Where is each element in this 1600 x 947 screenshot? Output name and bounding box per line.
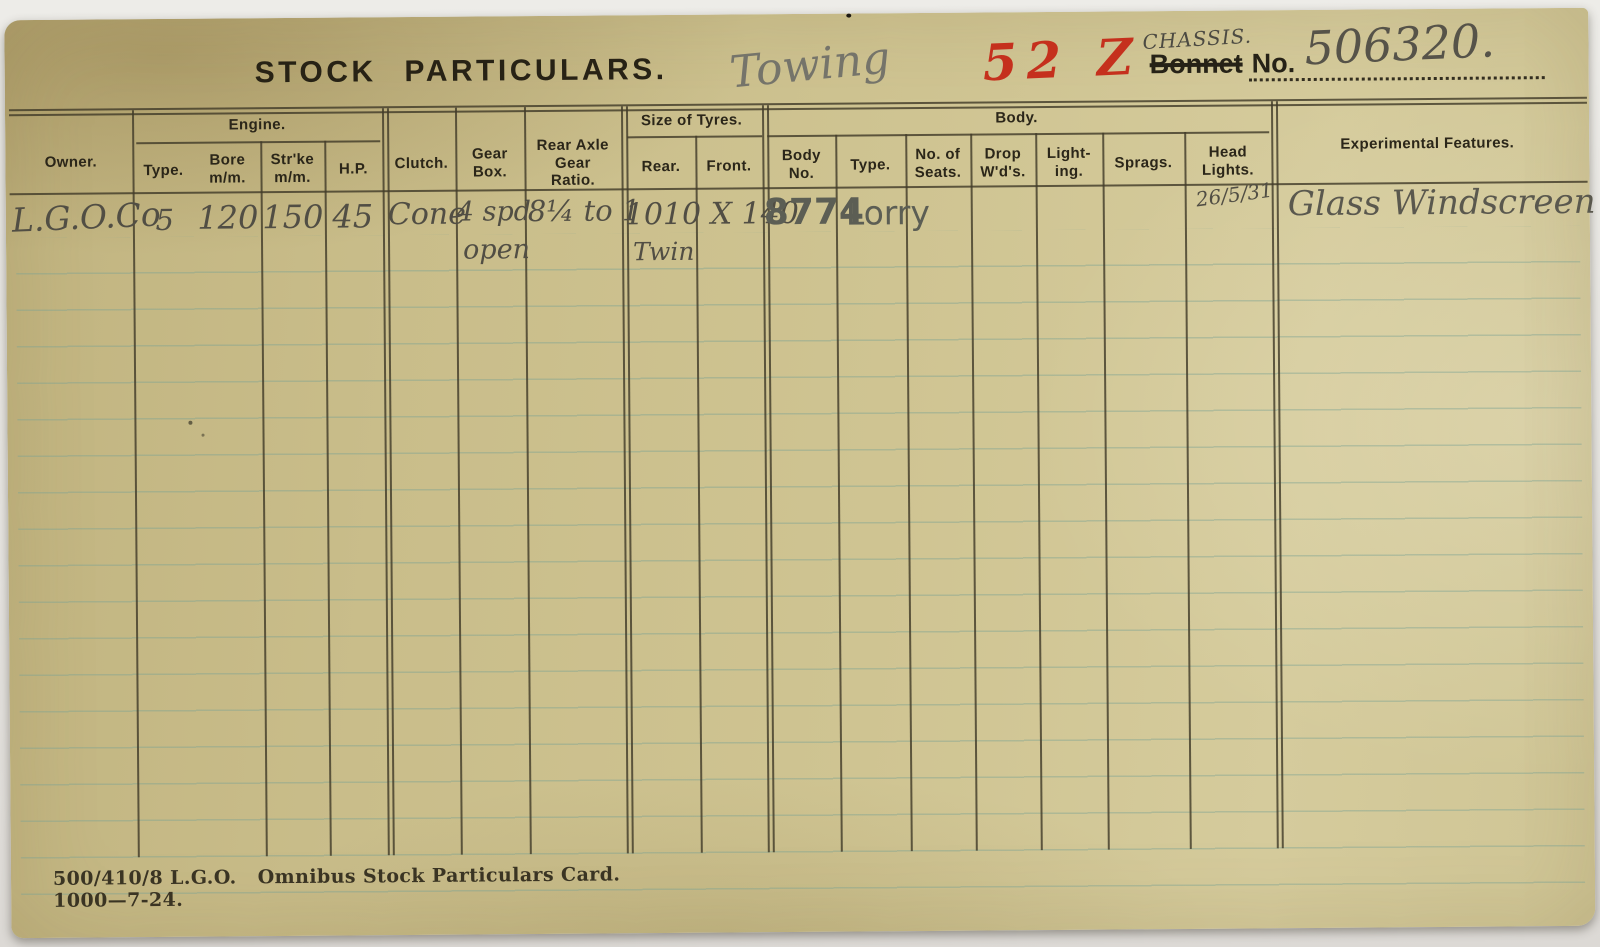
- value-gearbox-line1: 4 spd: [457, 196, 531, 228]
- header-ratio: Rear AxleGearRatio.: [524, 136, 621, 189]
- footer-imprint-line2: 1000—7-24.: [53, 889, 183, 912]
- header-owner: Owner.: [9, 153, 132, 171]
- ink-speck: [846, 14, 851, 18]
- stock-class-annotation: 52 Z: [981, 27, 1143, 93]
- col-line-lighting: [1102, 133, 1109, 850]
- header-drop-windows: DropW'd's.: [970, 145, 1035, 181]
- col-line-bore: [260, 141, 267, 856]
- header-lighting: Light-ing.: [1035, 145, 1102, 181]
- header-headlights: HeadLights.: [1184, 143, 1271, 179]
- header-bore: Borem/m.: [194, 151, 260, 187]
- ink-speck: [202, 434, 205, 437]
- col-line-bodyno: [835, 135, 842, 852]
- header-body-type: Type.: [835, 156, 905, 174]
- value-engine-type: 5: [135, 203, 195, 237]
- col-line-drop: [1035, 133, 1042, 850]
- header-stroke: Str'kem/m.: [260, 151, 324, 187]
- value-experimental: Glass Windscreen: [1288, 182, 1596, 224]
- bonnet-word-struck: Bonnet: [1150, 49, 1243, 80]
- header-tyre-front: Front.: [695, 157, 762, 175]
- header-engine-type: Type.: [132, 162, 194, 180]
- value-bore: 120: [195, 198, 261, 237]
- card-content: STOCK PARTICULARS. Towing 52 Z CHASSIS. …: [0, 0, 1600, 947]
- header-experimental: Experimental Features.: [1277, 134, 1577, 154]
- col-line-stroke: [324, 141, 331, 856]
- card-title: STOCK PARTICULARS.: [255, 53, 668, 90]
- header-engine-group: Engine.: [132, 115, 382, 134]
- bonnet-no-label: BonnetNo.: [1150, 48, 1296, 80]
- header-gearbox: GearBox.: [455, 145, 524, 181]
- header-hp: H.P.: [324, 160, 382, 178]
- col-line-rear: [695, 136, 702, 853]
- ink-speck: [188, 421, 192, 425]
- col-line-bodytype: [905, 134, 912, 851]
- body-group-underline: [767, 131, 1269, 136]
- col-line-sprags: [1184, 132, 1191, 849]
- col-line-seats: [970, 134, 977, 851]
- header-tyre-rear: Rear.: [626, 158, 695, 176]
- header-clutch: Clutch.: [387, 155, 455, 173]
- header-seats: No. ofSeats.: [905, 146, 970, 182]
- value-headlights-date: 26/5/31: [1194, 178, 1274, 212]
- photo-background: STOCK PARTICULARS. Towing 52 Z CHASSIS. …: [0, 0, 1600, 947]
- engine-group-underline: [136, 140, 380, 143]
- footer-imprint-line1: 500/410/8 L.G.O. Omnibus Stock Particula…: [53, 863, 621, 889]
- value-clutch: Cone: [388, 197, 466, 233]
- header-sprags: Sprags.: [1102, 154, 1184, 172]
- header-tyres-group: Size of Tyres.: [621, 111, 762, 130]
- towing-annotation: Towing: [728, 32, 893, 98]
- no-word: No.: [1252, 48, 1296, 78]
- header-body-group: Body.: [762, 107, 1271, 128]
- value-tyres-line2: Twin: [633, 237, 695, 266]
- bonnet-number-value: 506320.: [1303, 13, 1495, 75]
- value-hp: 45: [323, 197, 383, 235]
- header-body-no: BodyNo.: [767, 147, 835, 183]
- value-body-type: Lorry: [846, 193, 930, 233]
- value-ratio: 8¼ to 1: [528, 193, 641, 228]
- card-tilt-wrapper: STOCK PARTICULARS. Towing 52 Z CHASSIS. …: [0, 0, 1600, 947]
- value-gearbox-line2: open: [463, 234, 530, 266]
- value-stroke: 150: [261, 198, 325, 237]
